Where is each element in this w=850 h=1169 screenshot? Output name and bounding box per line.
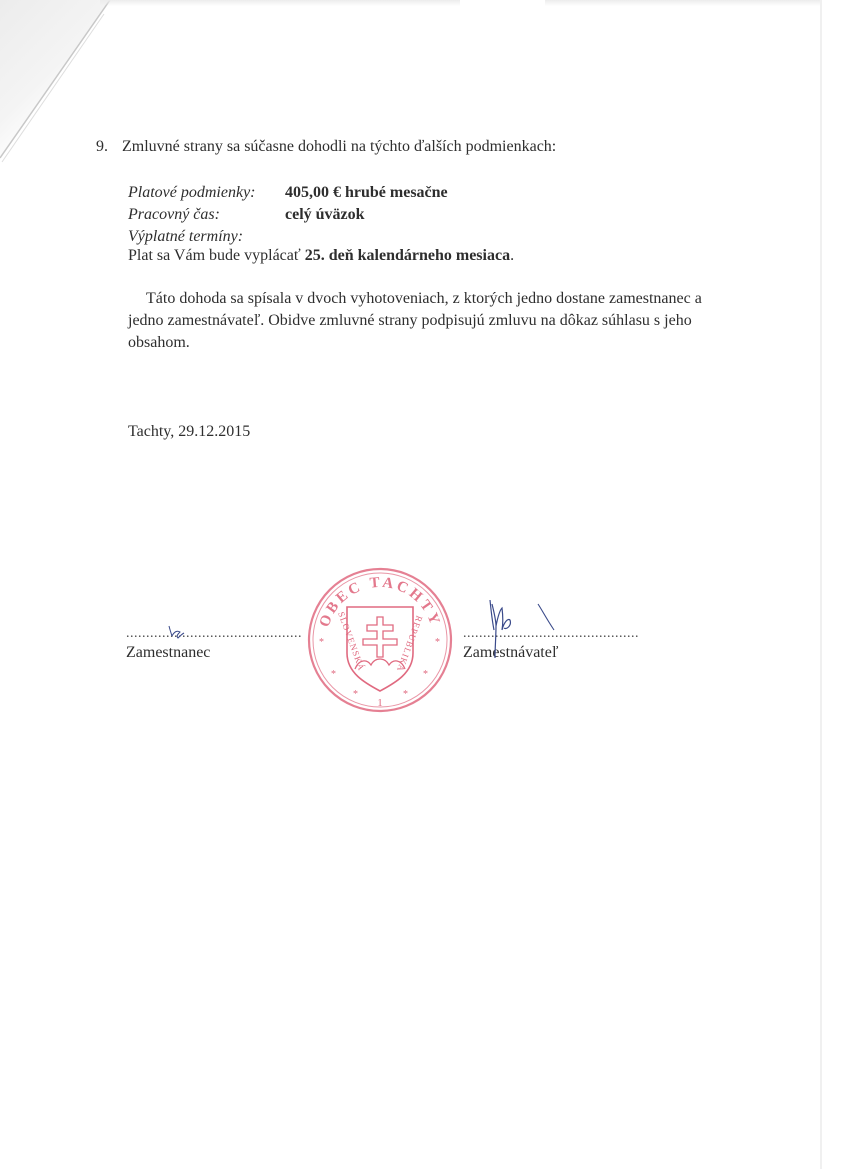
- stamp-bottom-number: 1: [377, 697, 383, 709]
- stamp-left-text: SLOVENSKÁ: [336, 610, 367, 672]
- employer-signature-icon: [484, 596, 564, 662]
- employee-initials-icon: [166, 624, 188, 640]
- payment-sentence: Plat sa Vám bude vyplácať 25. deň kalend…: [128, 247, 514, 265]
- payment-suffix: .: [510, 247, 514, 264]
- svg-text:*: *: [353, 689, 358, 700]
- official-stamp-icon: OBEC TACHTY * * * * * * SLOVENSKÁ REPUBL…: [305, 565, 455, 715]
- scan-top-edge-left: [100, 0, 460, 6]
- svg-text:REPUBLIKA: REPUBLIKA: [395, 614, 425, 673]
- svg-text:*: *: [435, 637, 440, 648]
- clause-text: Zmluvné strany sa súčasne dohodli na týc…: [122, 138, 556, 155]
- scan-top-edge-right: [545, 0, 820, 6]
- condition-value: celý úväzok: [285, 206, 365, 223]
- clause-9: 9.Zmluvné strany sa súčasne dohodli na t…: [96, 138, 556, 156]
- scan-right-edge: [820, 0, 822, 1169]
- closing-paragraph: Táto dohoda sa spísala v dvoch vyhotoven…: [128, 288, 708, 354]
- payment-day: 25. deň kalendárneho mesiaca: [305, 247, 510, 264]
- conditions-list: Platové podmienky:405,00 € hrubé mesačne…: [128, 182, 448, 248]
- signature-line: ........................................…: [126, 626, 302, 642]
- employee-signature-block: ........................................…: [126, 626, 302, 662]
- svg-text:*: *: [403, 689, 408, 700]
- condition-row-working-time: Pracovný čas:celý úväzok: [128, 204, 448, 226]
- signature-label: Zamestnanec: [126, 644, 302, 662]
- condition-row-pay-dates: Výplatné termíny:: [128, 226, 448, 248]
- svg-text:*: *: [319, 637, 324, 648]
- document-page: 9.Zmluvné strany sa súčasne dohodli na t…: [0, 0, 850, 1169]
- condition-row-salary: Platové podmienky:405,00 € hrubé mesačne: [128, 182, 448, 204]
- payment-prefix: Plat sa Vám bude vyplácať: [128, 247, 305, 264]
- condition-label: Platové podmienky:: [128, 182, 285, 204]
- condition-label: Pracovný čas:: [128, 204, 285, 226]
- svg-text:*: *: [331, 669, 336, 680]
- clause-number: 9.: [96, 138, 122, 156]
- condition-value: 405,00 € hrubé mesačne: [285, 184, 448, 201]
- place-and-date: Tachty, 29.12.2015: [128, 423, 250, 441]
- svg-text:*: *: [423, 669, 428, 680]
- condition-label: Výplatné termíny:: [128, 226, 285, 248]
